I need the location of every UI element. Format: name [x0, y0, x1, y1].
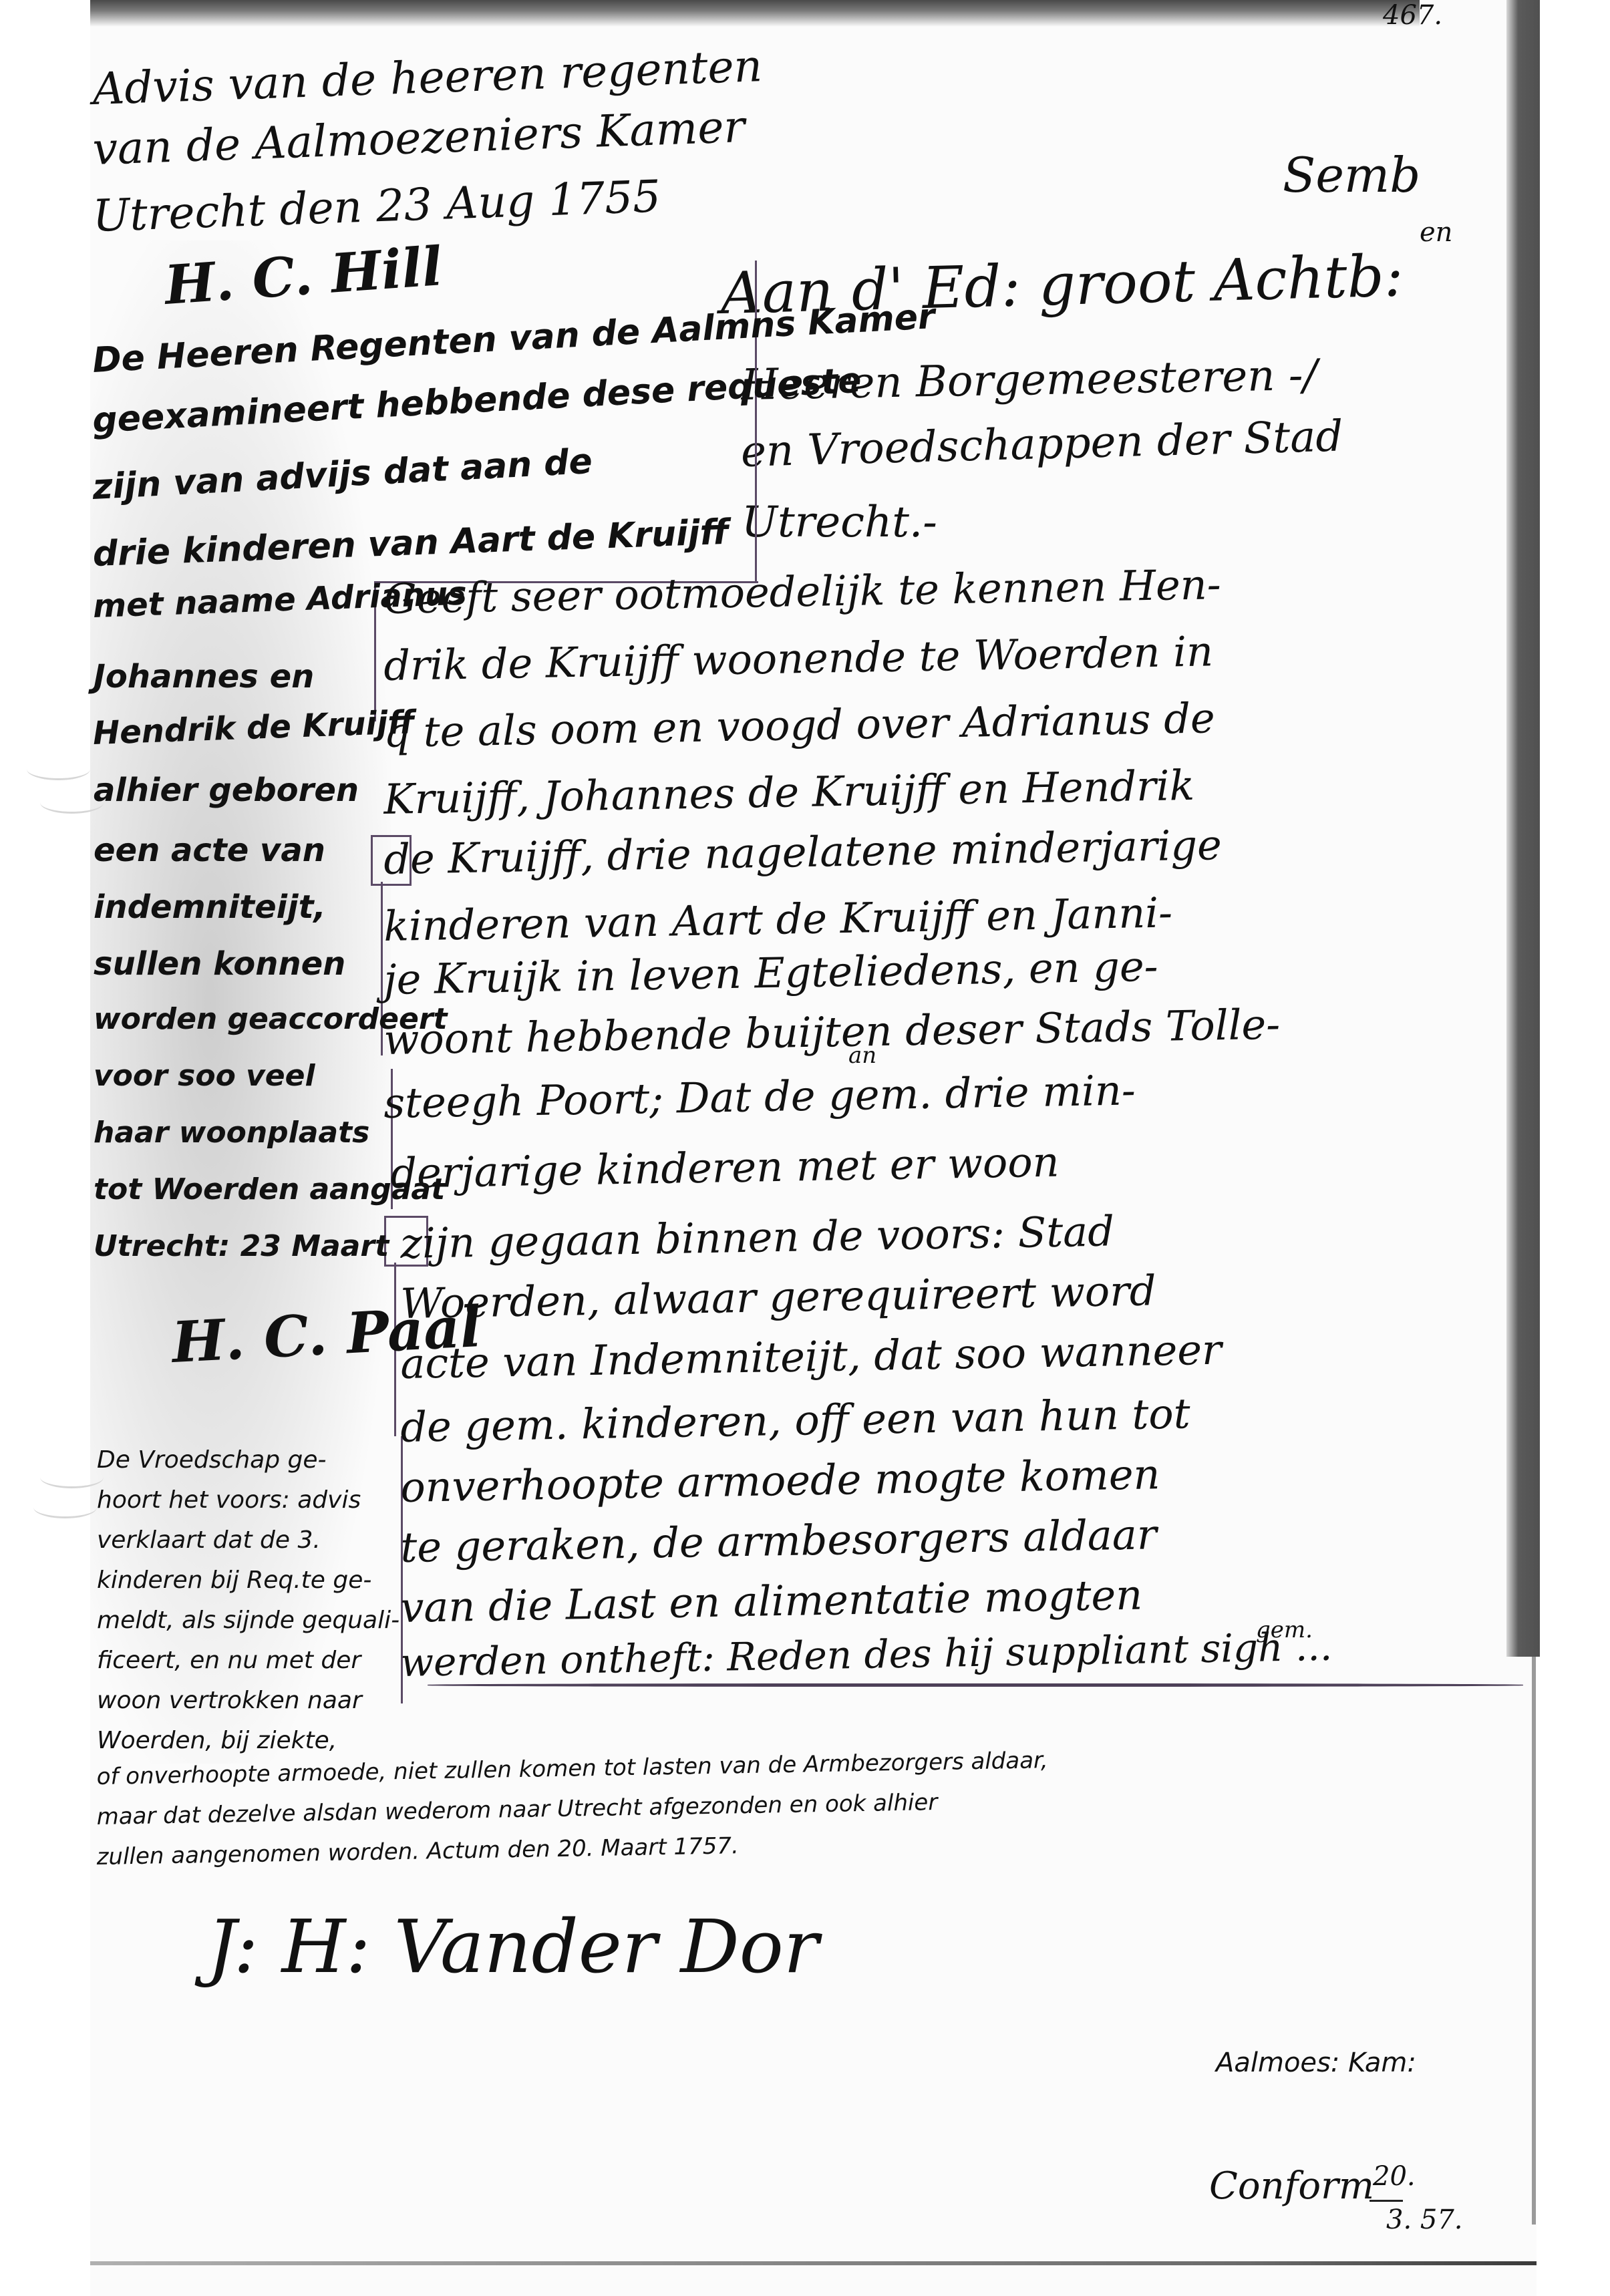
- resolution-margin-line: hoort het voors: advis: [97, 1486, 361, 1514]
- conform-date-month-year: 3. 57.: [1386, 2204, 1463, 2235]
- punch-hole-mark: [40, 1466, 104, 1488]
- footer-note: Aalmoes: Kam:: [1216, 2047, 1416, 2078]
- scan-right-edge: [1532, 1657, 1536, 2225]
- conform-label: Conform: [1209, 2164, 1374, 2208]
- margin-line: voor soo veel: [94, 1059, 315, 1093]
- fraction-bar: [1370, 2200, 1403, 2202]
- margin-line: sullen konnen: [94, 945, 345, 983]
- address-superscript: en: [1420, 217, 1452, 248]
- header-right-mark: Semb: [1283, 147, 1420, 203]
- margin-line: alhier geboren: [94, 772, 359, 809]
- margin-line: tot Woerden aangaat: [94, 1172, 445, 1206]
- margin-line: Utrecht: 23 Maart: [94, 1229, 389, 1263]
- signature: J: H: Vander Dor: [207, 1904, 818, 1989]
- punch-hole-mark: [33, 1496, 97, 1518]
- resolution-margin-line: De Vroedschap ge-: [97, 1446, 326, 1474]
- resolution-margin-line: kinderen bij Req.te ge-: [97, 1567, 371, 1594]
- scan-bottom-edge: [90, 2261, 1537, 2265]
- resolution-margin-line: woon vertrokken naar: [97, 1687, 362, 1714]
- folio-number: 467.: [1383, 0, 1442, 31]
- pencil-underline: [428, 1683, 1523, 1687]
- scan-right-edge-shadow: [1506, 0, 1540, 1657]
- punch-hole-mark: [27, 758, 90, 780]
- resolution-margin-line: meldt, als sijnde gequali-: [97, 1607, 399, 1634]
- margin-line: haar woonplaats: [94, 1116, 369, 1150]
- resolution-margin-line: ficeert, en nu met der: [97, 1647, 361, 1674]
- margin-line: een acte van: [94, 832, 325, 869]
- scan-top-shadow: [90, 0, 1420, 27]
- address-line: Utrecht.-: [742, 498, 937, 547]
- resolution-margin-line: verklaart dat de 3.: [97, 1526, 321, 1554]
- margin-line: worden geaccordeert: [94, 1002, 448, 1036]
- resolution-margin-line: Woerden, bij ziekte,: [97, 1727, 337, 1754]
- margin-line: Johannes en: [94, 658, 314, 695]
- margin-line: indemniteijt,: [94, 888, 326, 926]
- conform-date-day: 20.: [1373, 2161, 1416, 2192]
- interlinear-annotation: an: [848, 1042, 876, 1069]
